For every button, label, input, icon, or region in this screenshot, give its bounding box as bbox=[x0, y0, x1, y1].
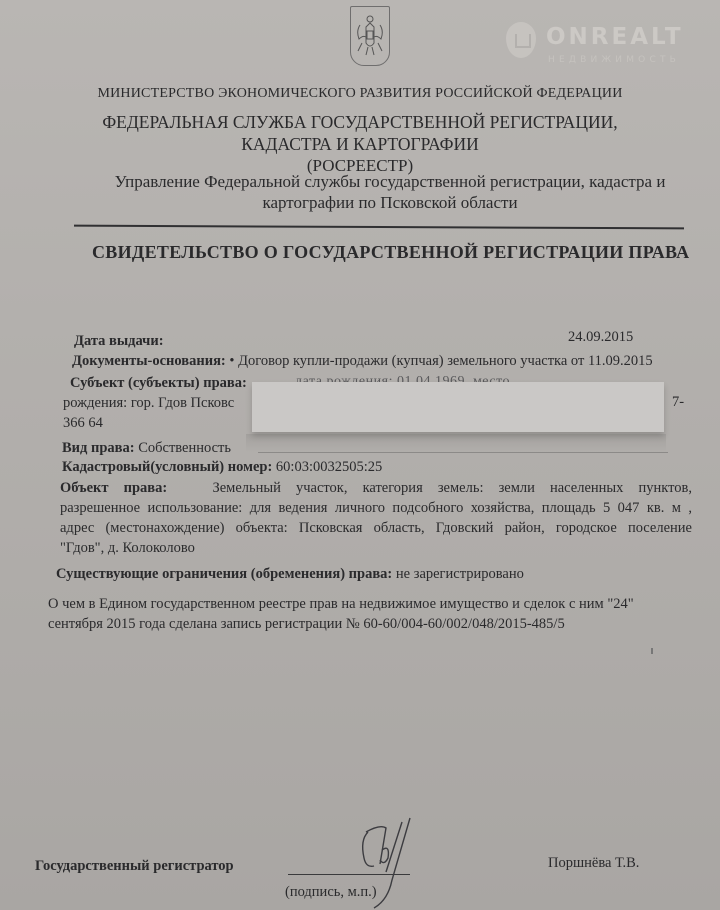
regional-office-line-2: картографии по Псковской области bbox=[30, 193, 720, 213]
paper-mark bbox=[651, 648, 653, 654]
watermark-subtitle: НЕДВИЖИМОСТЬ bbox=[548, 55, 680, 65]
watermark-brand: ONREALT bbox=[546, 24, 684, 50]
restrictions-label: Существующие ограничения (обременения) п… bbox=[56, 566, 392, 582]
birthplace-line: рождения: гор. Гдов Псковс bbox=[63, 395, 234, 412]
issue-date-value: 24.09.2015 bbox=[568, 329, 633, 346]
cadastral-number: Кадастровый(условный) номер: 60:03:00325… bbox=[62, 459, 382, 476]
header-divider bbox=[74, 225, 684, 230]
object-line-1: Объект права: Земельный участок, категор… bbox=[60, 478, 692, 498]
ministry-name: МИНИСТЕРСТВО ЭКОНОМИЧЕСКОГО РАЗВИТИЯ РОС… bbox=[0, 86, 720, 102]
russian-coat-of-arms-icon bbox=[350, 6, 390, 66]
location-pin-house-icon bbox=[506, 22, 536, 58]
regional-office-line-1: Управление Федеральной службы государств… bbox=[30, 172, 720, 192]
issue-date-label: Дата выдачи: bbox=[74, 333, 164, 350]
restrictions: Существующие ограничения (обременения) п… bbox=[56, 566, 524, 583]
certificate-title: СВИДЕТЕЛЬСТВО О ГОСУДАРСТВЕННОЙ РЕГИСТРА… bbox=[92, 242, 689, 263]
subject-label: Субъект (субъекты) права: bbox=[70, 375, 247, 392]
right-type: Вид права: Собственность bbox=[62, 440, 231, 457]
restrictions-value: не зарегистрировано bbox=[396, 566, 524, 582]
basis-value: • Договор купли-продажи (купчая) земельн… bbox=[229, 353, 652, 369]
redaction-shadow bbox=[246, 434, 666, 452]
right-type-label: Вид права: bbox=[62, 440, 135, 456]
certificate-page: ONREALT НЕДВИЖИМОСТЬ МИНИСТЕРСТВО ЭКОНОМ… bbox=[0, 0, 720, 910]
basis-documents: Документы-основания: • Договор купли-про… bbox=[72, 353, 653, 370]
basis-label: Документы-основания: bbox=[72, 353, 226, 369]
federal-service-line-1: ФЕДЕРАЛЬНАЯ СЛУЖБА ГОСУДАРСТВЕННОЙ РЕГИС… bbox=[0, 112, 720, 133]
object-line-2: разрешенное использование: для ведения л… bbox=[60, 498, 692, 518]
registration-record: О чем в Едином государственном реестре п… bbox=[48, 594, 688, 634]
onrealt-watermark: ONREALT НЕДВИЖИМОСТЬ bbox=[500, 22, 715, 72]
registrar-label: Государственный регистратор bbox=[35, 858, 234, 875]
object-label: Объект права: bbox=[60, 480, 167, 496]
federal-service-line-2: КАДАСТРА И КАРТОГРАФИИ bbox=[0, 134, 720, 155]
cadastral-label: Кадастровый(условный) номер: bbox=[62, 459, 272, 475]
signature-caption: (подпись, м.п.) bbox=[285, 884, 377, 901]
registrar-name: Поршнёва Т.В. bbox=[548, 855, 639, 872]
cadastral-value: 60:03:0032505:25 bbox=[276, 459, 382, 475]
object-text: Земельный участок, категория земель: зем… bbox=[212, 480, 692, 496]
record-prefix: сентября 2015 года сделана запись регист… bbox=[48, 616, 346, 632]
record-line-2: сентября 2015 года сделана запись регист… bbox=[48, 614, 688, 634]
object-line-3: адрес (местонахождение) объекта: Псковск… bbox=[60, 518, 692, 538]
redaction-overlay bbox=[252, 382, 664, 432]
record-number: № 60-60/004-60/002/048/2015-485/5 bbox=[346, 616, 565, 632]
birthplace-tail: 7- bbox=[672, 394, 684, 411]
record-line-1: О чем в Едином государственном реестре п… bbox=[48, 594, 688, 614]
right-type-value: Собственность bbox=[138, 440, 231, 456]
object-line-4: "Гдов", д. Колоколово bbox=[60, 538, 692, 558]
postcode-fragment: 366 64 bbox=[63, 415, 103, 432]
object-of-right: Объект права: Земельный участок, категор… bbox=[60, 478, 692, 558]
redaction-edge bbox=[258, 452, 668, 453]
